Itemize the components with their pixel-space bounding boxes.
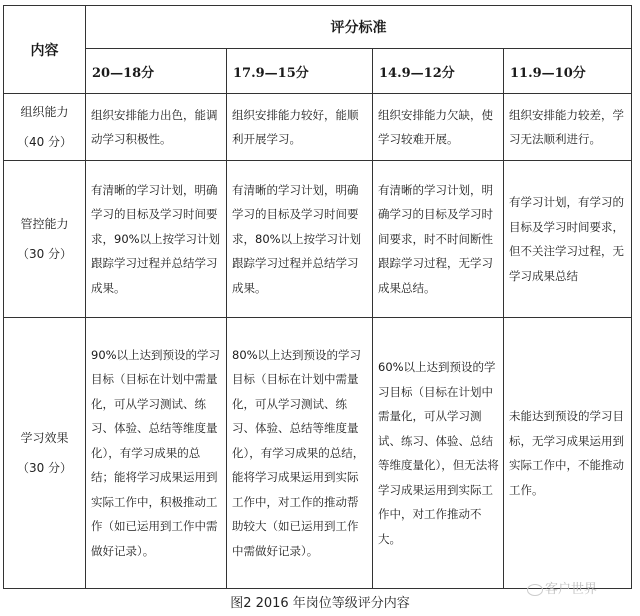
table-cell: 组织安排能力较好，能顺利开展学习。 [227,94,373,161]
row-label: 组织能力 （40 分） [4,94,86,161]
content-header: 内容 [4,6,86,94]
standard-header: 评分标准 [86,6,632,49]
row-label-name: 学习效果 [4,423,85,453]
table-cell: 60%以上达到预设的学习目标（目标在计划中需量化，可从学习测试、练习、体验、总结… [373,318,504,589]
row-label: 学习效果 （30 分） [4,318,86,589]
table-cell: 组织安排能力出色，能调动学习积极性。 [86,94,227,161]
score-column-2: 17.9—15分 [227,49,373,94]
table-cell: 90%以上达到预设的学习目标（目标在计划中需量化，可从学习测试、练习、体验、总结… [86,318,227,589]
table-cell: 有清晰的学习计划，明确学习的目标及学习时间要求，时不时间断性跟踪学习过程，无学习… [373,161,504,318]
figure-caption: 图2 2016 年岗位等级评分内容 [0,592,640,611]
table-cell: 未能达到预设的学习目标，无学习成果运用到实际工作中，不能推动工作。 [504,318,632,589]
row-label-points: （30 分） [4,239,85,269]
score-column-1: 20—18分 [86,49,227,94]
table-cell: 有学习计划，有学习的目标及学习时间要求，但不关注学习过程，无学习成果总结 [504,161,632,318]
table-cell: 有清晰的学习计划，明确学习的目标及学习时间要求，90%以上按学习计划跟踪学习过程… [86,161,227,318]
row-label-name: 组织能力 [4,97,85,127]
table-cell: 有清晰的学习计划，明确学习的目标及学习时间要求，80%以上按学习计划跟踪学习过程… [227,161,373,318]
table-cell: 80%以上达到预设的学习目标（目标在计划中需量化，可从学习测试、练习、体验、总结… [227,318,373,589]
scoring-table: 内容 评分标准 20—18分 17.9—15分 14.9—12分 11.9—10… [3,5,632,589]
table-cell: 组织安排能力欠缺，使学习较难开展。 [373,94,504,161]
row-label-points: （30 分） [4,453,85,483]
table-cell: 组织安排能力较差，学习无法顺利进行。 [504,94,632,161]
row-label-points: （40 分） [4,127,85,157]
score-column-3: 14.9—12分 [373,49,504,94]
table-row: 组织能力 （40 分） 组织安排能力出色，能调动学习积极性。 组织安排能力较好，… [4,94,632,161]
row-label: 管控能力 （30 分） [4,161,86,318]
score-column-4: 11.9—10分 [504,49,632,94]
row-label-name: 管控能力 [4,209,85,239]
table-row: 管控能力 （30 分） 有清晰的学习计划，明确学习的目标及学习时间要求，90%以… [4,161,632,318]
table-row: 学习效果 （30 分） 90%以上达到预设的学习目标（目标在计划中需量化，可从学… [4,318,632,589]
